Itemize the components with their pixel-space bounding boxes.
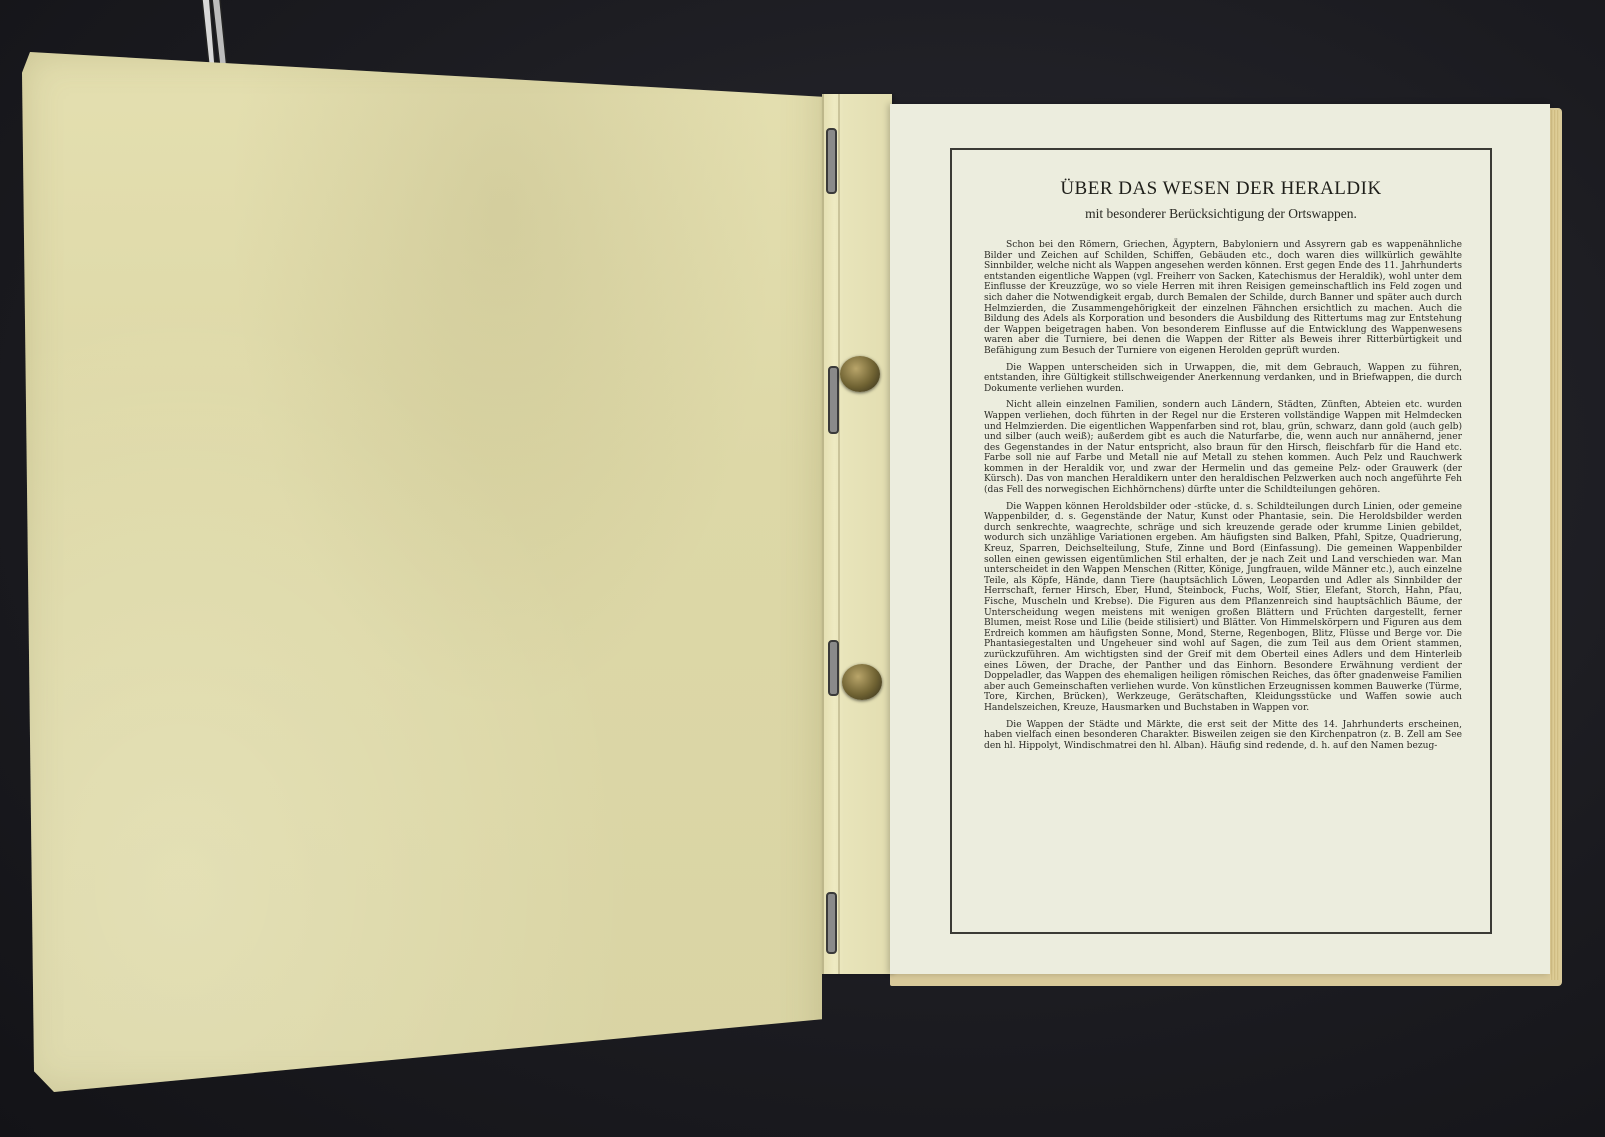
staple-lower-mid	[828, 640, 839, 696]
binding-spine	[822, 94, 892, 974]
paragraph: Die Wappen unterscheiden sich in Urwappe…	[984, 363, 1462, 395]
staple-upper-mid	[828, 366, 839, 434]
paragraph: Die Wappen der Städte und Märkte, die er…	[984, 720, 1462, 752]
page-border-frame: ÜBER DAS WESEN DER HERALDIK mit besonder…	[950, 148, 1492, 934]
page-title: ÜBER DAS WESEN DER HERALDIK	[952, 178, 1490, 200]
rivet-upper	[840, 356, 880, 392]
staple-top	[826, 128, 837, 194]
spine-fold-line	[838, 94, 840, 974]
paragraph: Schon bei den Römern, Griechen, Ägyptern…	[984, 240, 1462, 357]
right-page: ÜBER DAS WESEN DER HERALDIK mit besonder…	[890, 104, 1550, 974]
page-subtitle: mit besonderer Berücksichtigung der Orts…	[952, 206, 1490, 222]
page-edges	[1550, 110, 1560, 980]
page-body: Schon bei den Römern, Griechen, Ägyptern…	[984, 240, 1462, 757]
paragraph: Nicht allein einzelnen Familien, sondern…	[984, 400, 1462, 495]
rivet-lower	[842, 664, 882, 700]
left-inside-cover	[22, 52, 822, 1092]
staple-bottom	[826, 892, 837, 954]
paragraph: Die Wappen können Heroldsbilder oder -st…	[984, 502, 1462, 714]
